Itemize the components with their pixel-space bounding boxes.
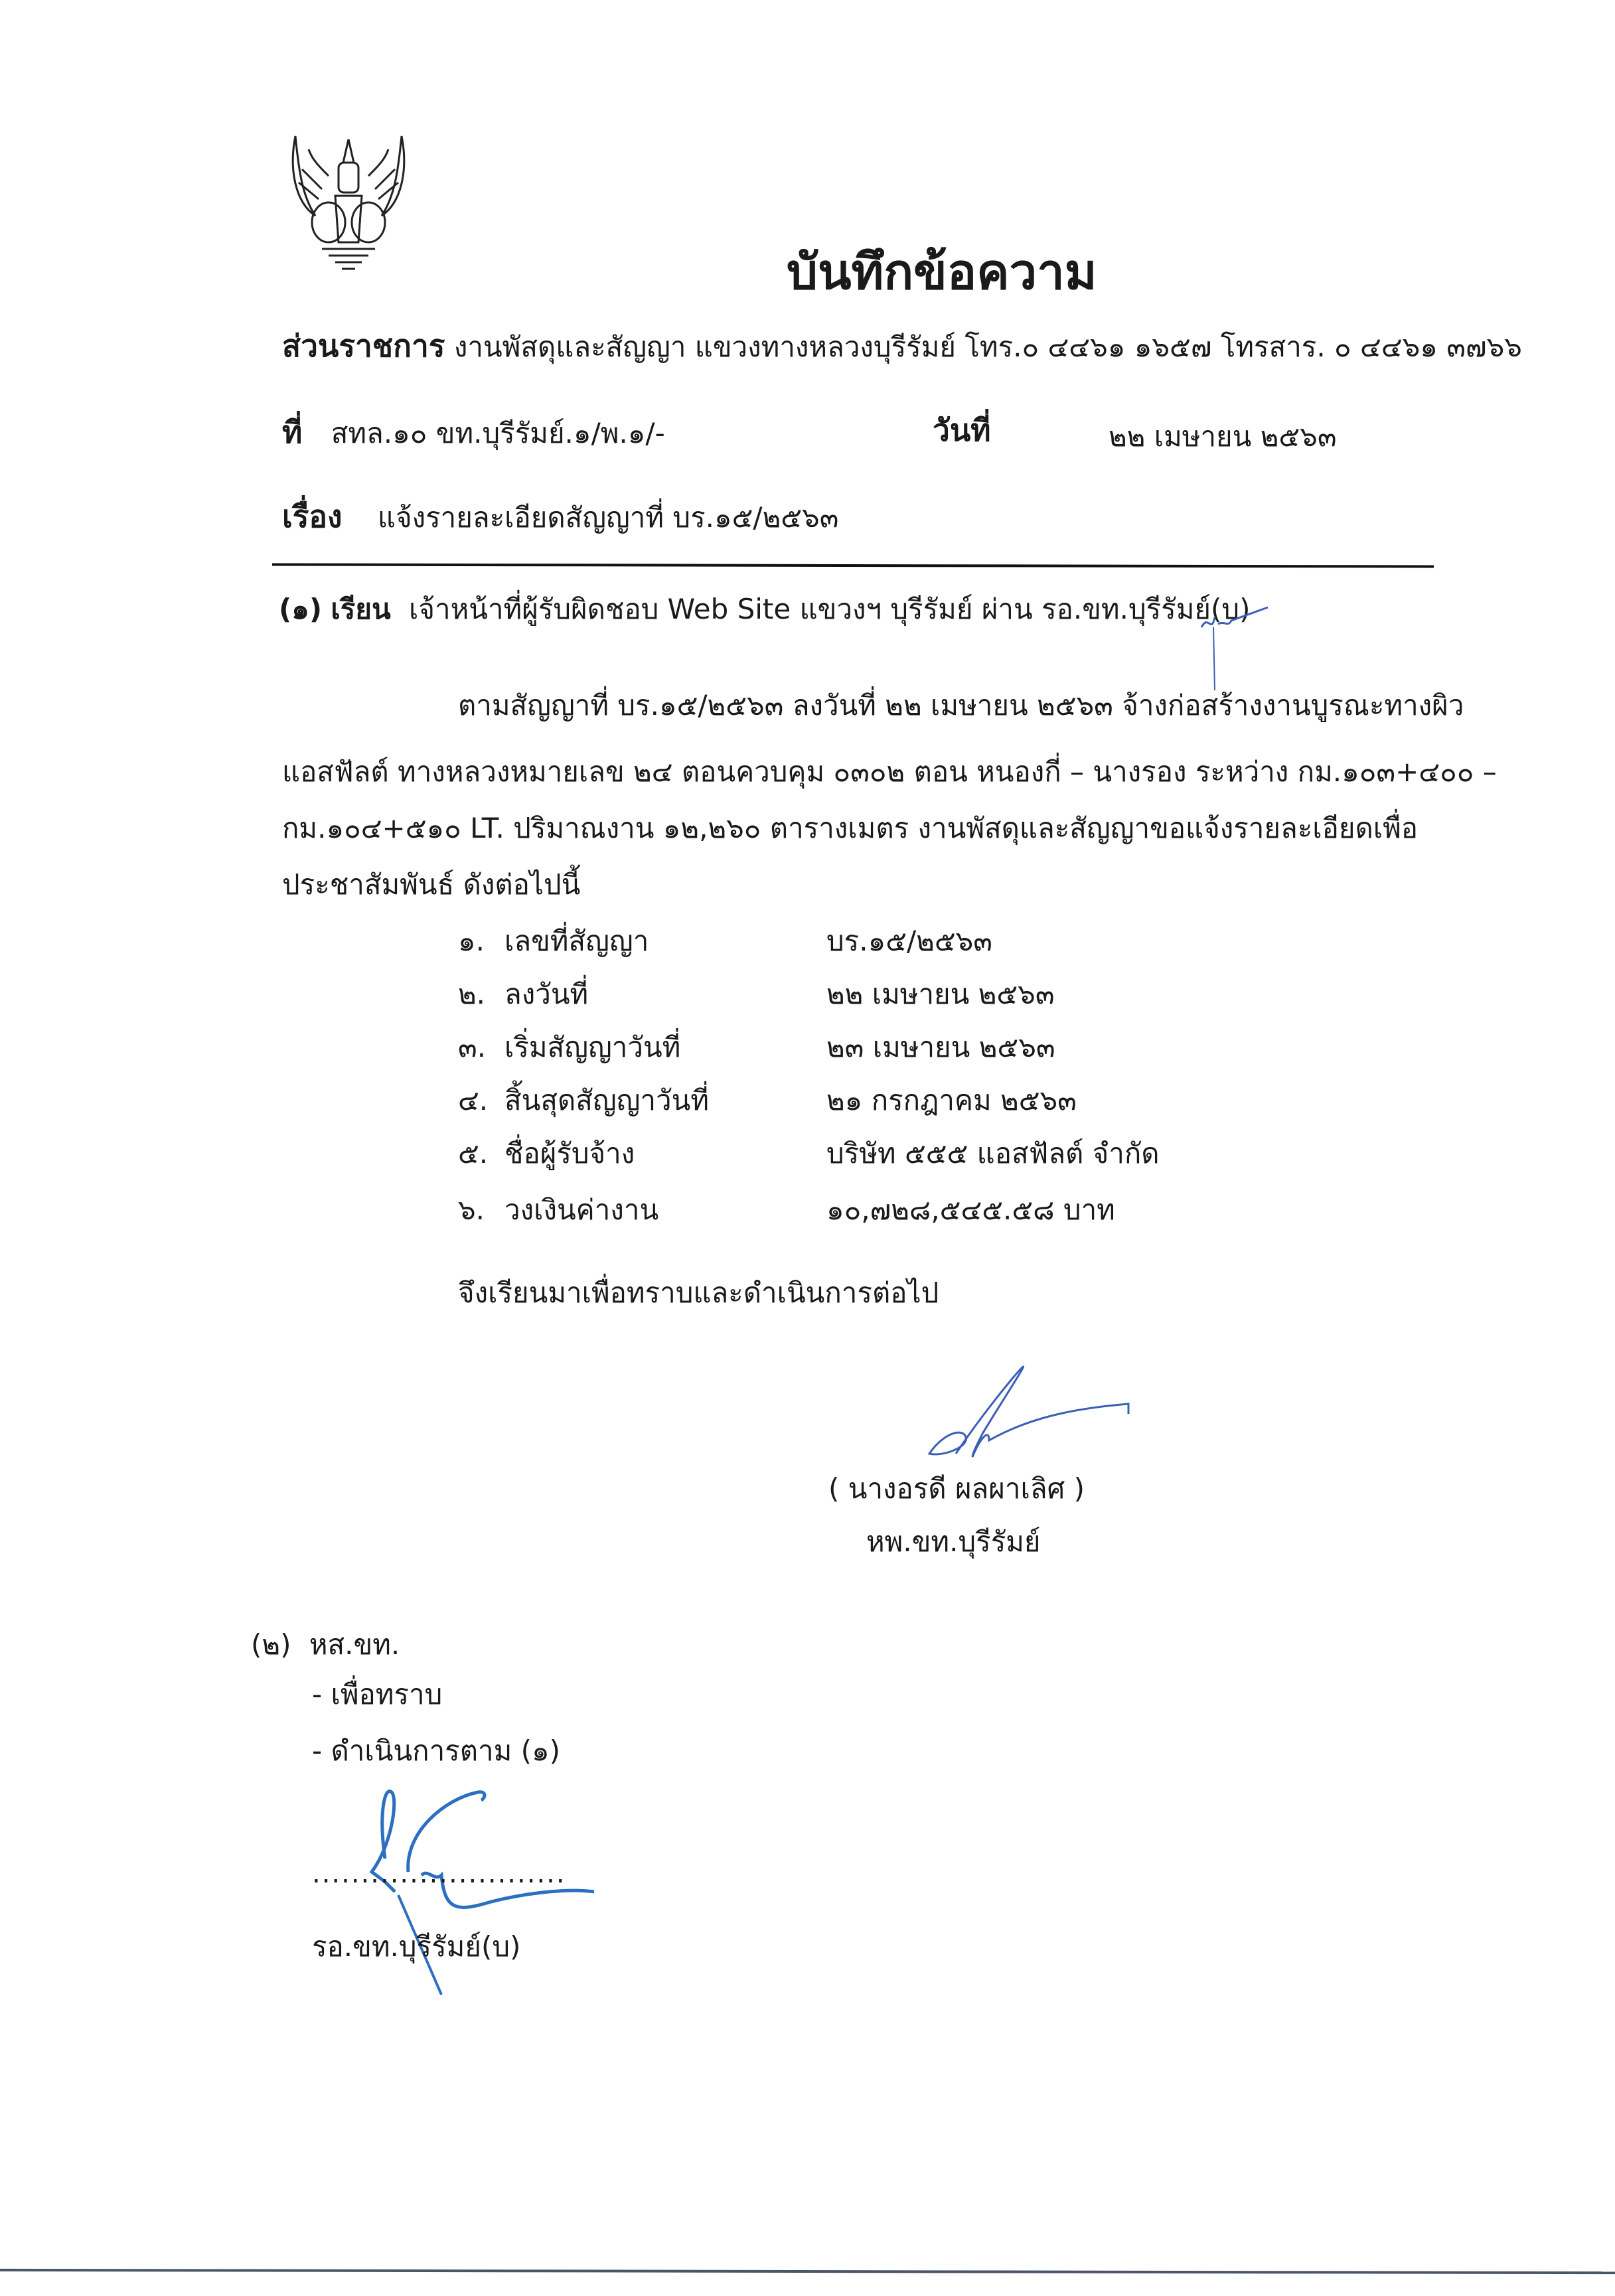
detail-number: ๒. bbox=[458, 972, 485, 1016]
signature-icon bbox=[916, 1361, 1142, 1474]
ref-value: สทล.๑๐ ขท.บุรีรัมย์.๑/พ.๑/- bbox=[331, 417, 665, 449]
salutation-label: เรียน bbox=[331, 593, 390, 625]
date-value: ๒๒ เมษายน ๒๕๖๓ bbox=[1109, 415, 1337, 459]
garuda-emblem-icon bbox=[282, 129, 415, 275]
forward-position: รอ.ขท.บุรีรัมย์(บ) bbox=[312, 1925, 520, 1969]
signatory-position: หพ.ขท.บุรีรัมย์ bbox=[866, 1520, 1041, 1564]
signature-dotted-line: .......................... bbox=[312, 1859, 566, 1889]
detail-number: ๑. bbox=[458, 919, 485, 963]
subject-label: เรื่อง bbox=[282, 498, 343, 534]
forward-to: หส.ขท. bbox=[309, 1628, 400, 1661]
detail-label: เลขที่สัญญา bbox=[504, 919, 649, 963]
body-line-2: แอสฟัลต์ ทางหลวงหมายเลข ๒๔ ตอนควบคุม ๐๓๐… bbox=[282, 750, 1497, 794]
detail-label: ลงวันที่ bbox=[504, 972, 588, 1016]
closing-text: จึงเรียนมาเพื่อทราบและดำเนินการต่อไป bbox=[458, 1271, 939, 1315]
salutation: (๑) เรียน เจ้าหน้าที่ผู้รับผิดชอบ Web Si… bbox=[279, 587, 1250, 631]
agency-label: ส่วนราชการ bbox=[282, 328, 445, 364]
signatory-name: ( นางอรดี ผลผาเลิศ ) bbox=[828, 1467, 1085, 1511]
body-line-3: กม.๑๐๔+๕๑๐ LT. ปริมาณงาน ๑๒,๒๖๐ ตารางเมต… bbox=[282, 806, 1418, 850]
salutation-text: เจ้าหน้าที่ผู้รับผิดชอบ Web Site แขวงฯ บ… bbox=[409, 593, 1250, 625]
subject-value: แจ้งรายละเอียดสัญญาที่ บร.๑๕/๒๕๖๓ bbox=[378, 501, 839, 534]
forward-number: (๒) bbox=[251, 1628, 291, 1661]
detail-label: เริ่มสัญญาวันที่ bbox=[504, 1026, 680, 1069]
detail-value: บริษัท ๕๕๕ แอสฟัลต์ จำกัด bbox=[826, 1132, 1160, 1176]
document-title: บันทึกข้อความ bbox=[787, 232, 1097, 311]
ref-row: ที่ สทล.๑๐ ขท.บุรีรัมย์.๑/พ.๑/- bbox=[282, 408, 665, 457]
detail-value: ๒๑ กรกฎาคม ๒๕๖๓ bbox=[826, 1079, 1077, 1122]
agency-value: งานพัสดุและสัญญา แขวงทางหลวงบุรีรัมย์ โท… bbox=[454, 331, 1522, 363]
detail-value: ๒๒ เมษายน ๒๕๖๓ bbox=[826, 972, 1055, 1016]
detail-number: ๖. bbox=[458, 1188, 485, 1232]
detail-number: ๓. bbox=[458, 1026, 486, 1069]
detail-label: ชื่อผู้รับจ้าง bbox=[504, 1132, 635, 1176]
detail-label: สิ้นสุดสัญญาวันที่ bbox=[504, 1079, 709, 1122]
subject-row: เรื่อง แจ้งรายละเอียดสัญญาที่ บร.๑๕/๒๕๖๓ bbox=[282, 493, 838, 541]
detail-number: ๔. bbox=[458, 1079, 488, 1122]
salutation-number: (๑) bbox=[279, 593, 322, 625]
body-line-4: ประชาสัมพันธ์ ดังต่อไปนี้ bbox=[282, 863, 580, 907]
forward-header: (๒) หส.ขท. bbox=[251, 1623, 400, 1667]
detail-label: วงเงินค่างาน bbox=[504, 1188, 658, 1232]
forward-item-1: - เพื่อทราบ bbox=[312, 1673, 442, 1717]
agency-row: ส่วนราชการ งานพัสดุและสัญญา แขวงทางหลวงบ… bbox=[282, 322, 1522, 370]
detail-number: ๕. bbox=[458, 1132, 488, 1176]
detail-value: บร.๑๕/๒๕๖๓ bbox=[826, 919, 992, 963]
date-label: วันที่ bbox=[933, 406, 991, 455]
detail-value: ๑๐,๗๒๘,๕๔๕.๕๘ บาท bbox=[826, 1188, 1115, 1232]
detail-value: ๒๓ เมษายน ๒๕๖๓ bbox=[826, 1026, 1055, 1069]
header-divider bbox=[272, 563, 1434, 568]
page-bottom-edge bbox=[0, 2269, 1615, 2274]
initial-signature-icon bbox=[1195, 601, 1274, 694]
body-line-1: ตามสัญญาที่ บร.๑๕/๒๕๖๓ ลงวันที่ ๒๒ เมษาย… bbox=[458, 684, 1464, 727]
ref-label: ที่ bbox=[282, 414, 302, 450]
